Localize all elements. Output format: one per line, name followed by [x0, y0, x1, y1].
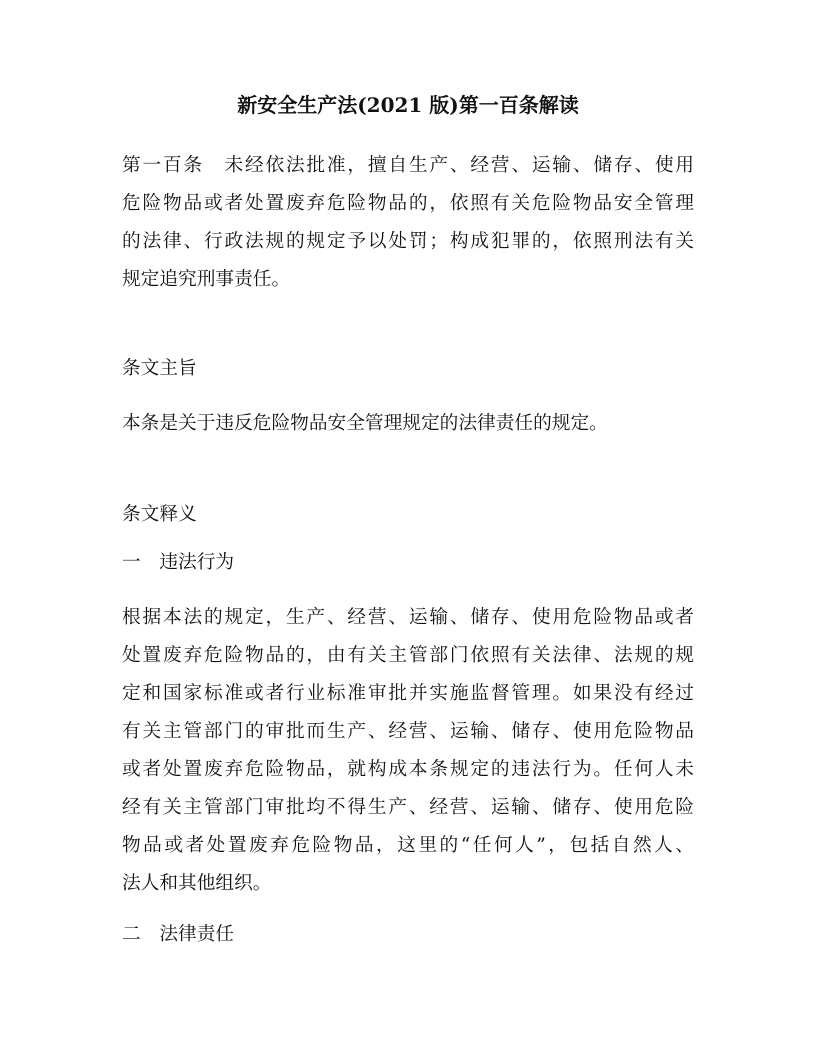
article-line: 第一百条 未经依法批准，擅自生产、经营、运输、储存、使用	[122, 147, 694, 185]
subsection-heading-illegal-acts: 一 违法行为	[122, 544, 694, 582]
document-title: 新安全生产法(2021 版)第一百条解读	[122, 91, 694, 119]
purpose-paragraph: 本条是关于违反危险物品安全管理规定的法律责任的规定。	[122, 405, 694, 443]
section-heading-interpretation: 条文释义	[122, 496, 694, 534]
body-line: 法人和其他组织。	[122, 865, 694, 903]
body-line: 根据本法的规定，生产、经营、运输、储存、使用危险物品或者	[122, 599, 694, 637]
article-paragraph: 第一百条 未经依法批准，擅自生产、经营、运输、储存、使用 危险物品或者处置废弃危…	[122, 147, 694, 299]
body-line: 或者处置废弃危险物品，就构成本条规定的违法行为。任何人未	[122, 751, 694, 789]
body-line: 有关主管部门的审批而生产、经营、运输、储存、使用危险物品	[122, 713, 694, 751]
article-line: 规定追究刑事责任。	[122, 261, 694, 299]
article-line: 的法律、行政法规的规定予以处罚；构成犯罪的，依照刑法有关	[122, 223, 694, 261]
document-page: 新安全生产法(2021 版)第一百条解读 第一百条 未经依法批准，擅自生产、经营…	[0, 0, 816, 1056]
purpose-text: 本条是关于违反危险物品安全管理规定的法律责任的规定。	[122, 405, 694, 443]
body-line: 定和国家标准或者行业标准审批并实施监督管理。如果没有经过	[122, 675, 694, 713]
article-line: 危险物品或者处置废弃危险物品的，依照有关危险物品安全管理	[122, 185, 694, 223]
section-heading-purpose: 条文主旨	[122, 350, 694, 388]
body-line: 处置废弃危险物品的，由有关主管部门依照有关法律、法规的规	[122, 637, 694, 675]
body-line: 经有关主管部门审批均不得生产、经营、运输、储存、使用危险	[122, 789, 694, 827]
illegal-acts-paragraph: 根据本法的规定，生产、经营、运输、储存、使用危险物品或者 处置废弃危险物品的，由…	[122, 599, 694, 903]
body-line: 物品或者处置废弃危险物品，这里的“任何人”，包括自然人、	[122, 827, 694, 865]
subsection-heading-legal-liability: 二 法律责任	[122, 916, 694, 954]
